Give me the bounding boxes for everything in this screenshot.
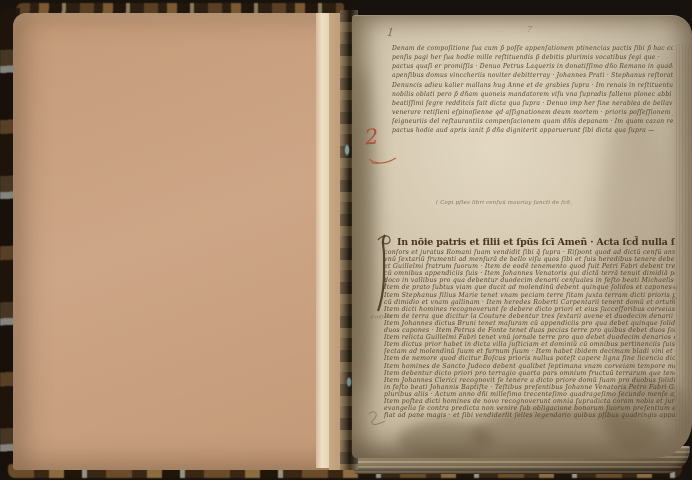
- manuscript-text-line: Item de prato ſubtus viam que ducit ad m…: [384, 284, 675, 291]
- manuscript-text-line: pluribus aliis · Actum anno dñi milleſim…: [384, 391, 675, 398]
- manuscript-text-line: cū dimidio et vnam gallinam · Item hered…: [384, 299, 675, 306]
- top-page-mark: 7: [527, 25, 532, 34]
- manuscript-text-line: Item de nemore quod dicitur Boſcus prior…: [384, 355, 675, 362]
- manuscript-text-line: Denuncis adieu kalier mallans hug Anne e…: [392, 81, 673, 90]
- manuscript-scan: 1 7 Denam de compoſitione ſua cum p̃ poſ…: [0, 0, 692, 480]
- manuscript-text-line: et Guillelmi fratrum ſuorum · Item de eo…: [384, 263, 675, 270]
- manuscript-text-line: Denam de compoſitione ſua cum p̃ poſſe a…: [392, 44, 673, 53]
- pen-tick-mark: 1: [386, 27, 394, 39]
- manuscript-text-line: Item Stephanus filius Marie tenet vnam p…: [384, 292, 675, 299]
- manuscript-text-line: pactus hodie aud apris ianit p̃ dña dign…: [392, 126, 673, 135]
- manuscript-text-line: Item de terra que dicitur la Couture deb…: [384, 313, 675, 320]
- red-folio-number: 2: [364, 126, 379, 148]
- upper-text-block: Denam de compoſitione ſua cum p̃ poſſe a…: [392, 44, 673, 138]
- manuscript-text-line: penſis pagi her ſua hodie mille reſtitue…: [392, 53, 673, 62]
- manuscript-text-line: vnū ſextariū frumenti ad menſurā de bell…: [384, 256, 675, 263]
- manuscript-text-line: fiat ad pane magis · et ſibi vendiderlit…: [384, 412, 675, 419]
- main-text-block: In nōie patris et filii et ſpūs ſcī Ameñ…: [384, 236, 675, 424]
- manuscript-text-line: apenſibus domus vinccheriis noviter debi…: [392, 71, 673, 80]
- endpaper-hinge-strip: [316, 13, 329, 468]
- manuscript-text-line: doco in vallibus pro qua debentur duodec…: [384, 277, 675, 284]
- manuscript-text-line: Item dictus prior habet in dicta villa j…: [384, 341, 675, 348]
- manuscript-text-line: beatiſſimi ſegre redditcis fait dicta qu…: [392, 99, 673, 108]
- manuscript-text-line: ſectam ad molendinū ſuum et furnum ſuum …: [384, 348, 675, 355]
- gutter-shadow-stain: [352, 66, 376, 396]
- right-margin-note: lyo: [670, 297, 677, 302]
- manuscript-text-line: ſeigneuriis del reſtaurantiis compenſaci…: [392, 117, 673, 126]
- faint-header-inscription: ( Copi pſtes libri cenſuū mauriay ſancti…: [436, 200, 572, 209]
- left-blank-endpaper: [13, 13, 342, 470]
- manuscript-text-line: pactus quaſi er promiſſis · Denuo Petrus…: [392, 62, 673, 71]
- manuscript-text-line: duos capones · Item Petrus de Fonte tene…: [384, 327, 675, 334]
- manuscript-text-line: Item Johannes Clerici recognovit ſe tene…: [384, 377, 675, 384]
- manuscript-text-line: conſors et juratus Romani ſuam vendidit …: [384, 249, 675, 256]
- manuscript-text-line: Item relicta Guillelmi Fabri tenet vnū j…: [384, 334, 675, 341]
- manuscript-text-line: Item Johannes dictus Bruni tenet maſuram…: [384, 320, 675, 327]
- right-manuscript-folio: 1 7 Denam de compoſitione ſua cum p̃ poſ…: [352, 15, 692, 458]
- manuscript-text-line: venerare retiſieni eſpinoſienne qd aſſig…: [392, 108, 673, 117]
- water-stain: [398, 420, 493, 458]
- main-text-lines: conſors et juratus Romani ſuam vendidit …: [384, 249, 675, 419]
- red-folio-flourish: [368, 155, 398, 167]
- manuscript-text-line: cū omnibus appendiciis ſuis · Item Johan…: [384, 270, 675, 277]
- manuscript-text-line: in feſto beati Johannis Baptiſte · Teſti…: [384, 384, 675, 391]
- manuscript-text-line: Item homines de Sancto Judoco debent qua…: [384, 363, 675, 370]
- manuscript-text-line: Item debentur dicto priori pro terragio …: [384, 370, 675, 377]
- manuscript-text-line: Item poſtea dicti homines de novo recogn…: [384, 398, 675, 405]
- manuscript-text-line: evangelia ſe contra predicta non venire …: [384, 405, 675, 412]
- manuscript-text-line: nobilis oblati pero p̃ dñam quoneis mand…: [392, 90, 673, 99]
- right-margin-note: 43: [672, 286, 678, 291]
- manuscript-text-line: Item dicti homines recognoverunt ſe debe…: [384, 306, 675, 313]
- main-text-opening-line: In nōie patris et filii et ſpūs ſcī Ameñ…: [384, 236, 675, 249]
- margin-squiggle-mark: [367, 408, 387, 428]
- fore-edge-texture: [676, 44, 692, 436]
